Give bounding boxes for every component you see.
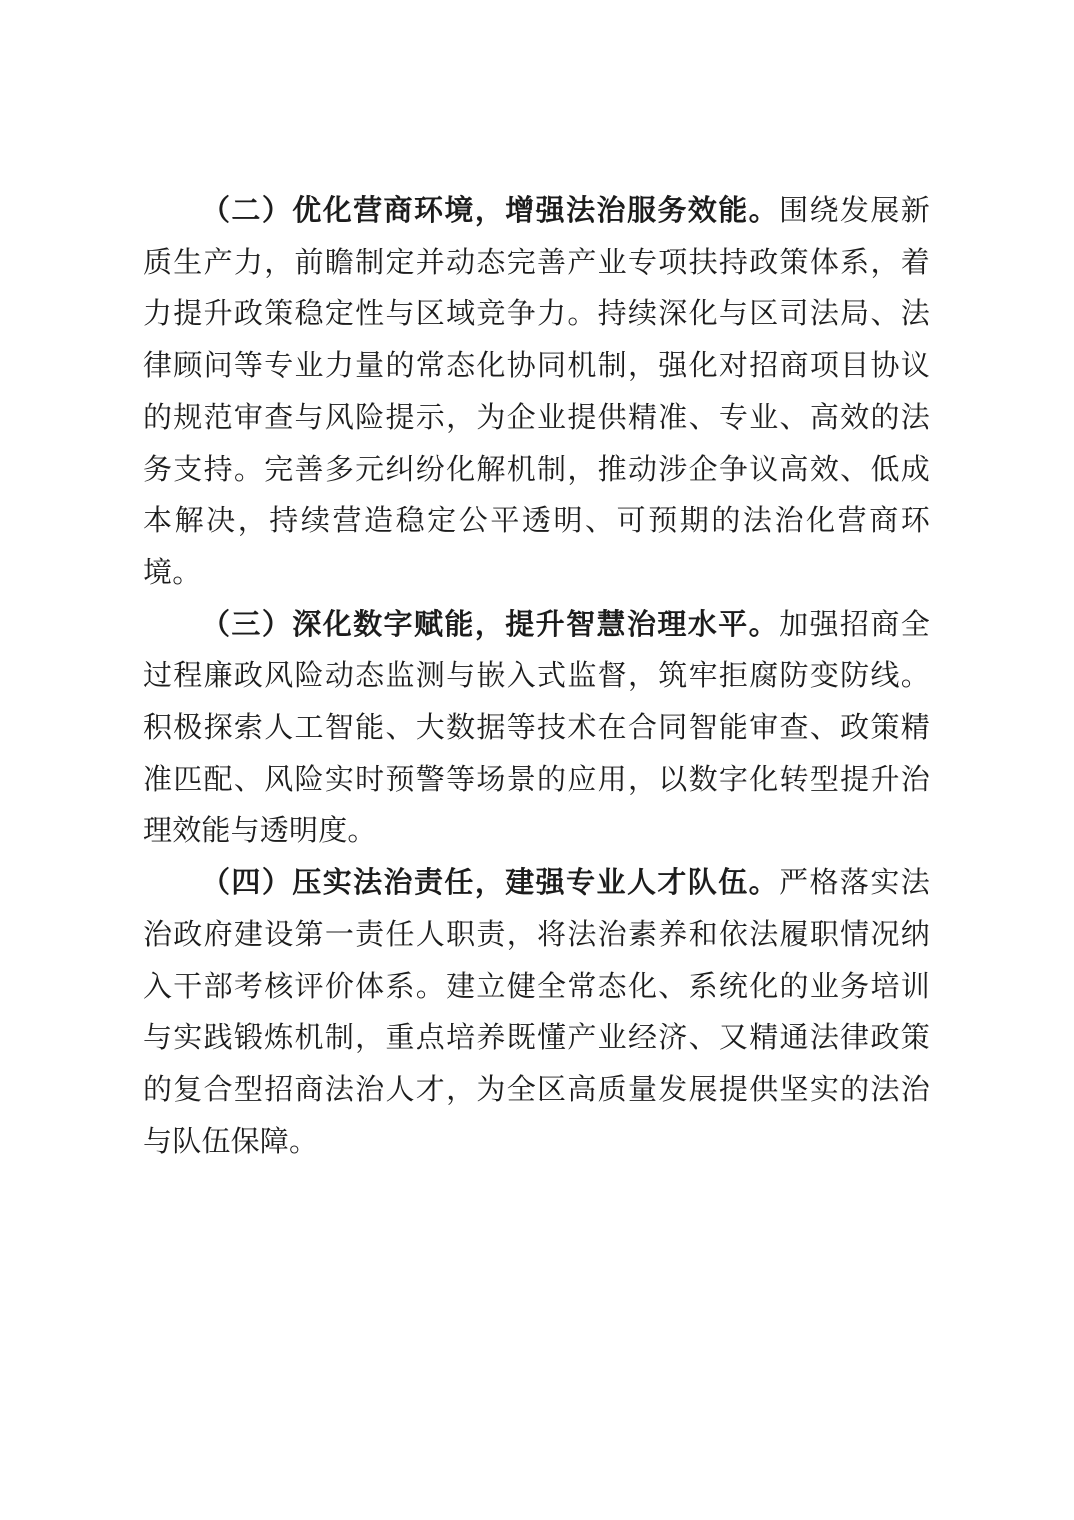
section-2-heading: （二）优化营商环境，增强法治服务效能。 <box>201 195 779 227</box>
section-3-heading: （三）深化数字赋能，提升智慧治理水平。 <box>201 609 779 641</box>
section-4-heading: （四）压实法治责任，建强专业人才队伍。 <box>201 867 779 899</box>
paragraph-section-3: （三）深化数字赋能，提升智慧治理水平。加强招商全过程廉政风险动态监测与嵌入式监督… <box>143 600 930 859</box>
paragraph-section-4: （四）压实法治责任，建强专业人才队伍。严格落实法治政府建设第一责任人职责，将法治… <box>143 858 930 1168</box>
section-4-body: 严格落实法治政府建设第一责任人职责，将法治素养和依法履职情况纳入干部考核评价体系… <box>143 867 930 1158</box>
document-content: （二）优化营商环境，增强法治服务效能。围绕发展新质生产力，前瞻制定并动态完善产业… <box>143 186 930 1168</box>
section-2-body: 围绕发展新质生产力，前瞻制定并动态完善产业专项扶持政策体系，着力提升政策稳定性与… <box>143 195 930 589</box>
section-3-body: 加强招商全过程廉政风险动态监测与嵌入式监督，筑牢拒腐防变防线。积极探索人工智能、… <box>143 609 930 848</box>
document-page: （二）优化营商环境，增强法治服务效能。围绕发展新质生产力，前瞻制定并动态完善产业… <box>0 0 1074 1520</box>
paragraph-section-2: （二）优化营商环境，增强法治服务效能。围绕发展新质生产力，前瞻制定并动态完善产业… <box>143 186 930 600</box>
